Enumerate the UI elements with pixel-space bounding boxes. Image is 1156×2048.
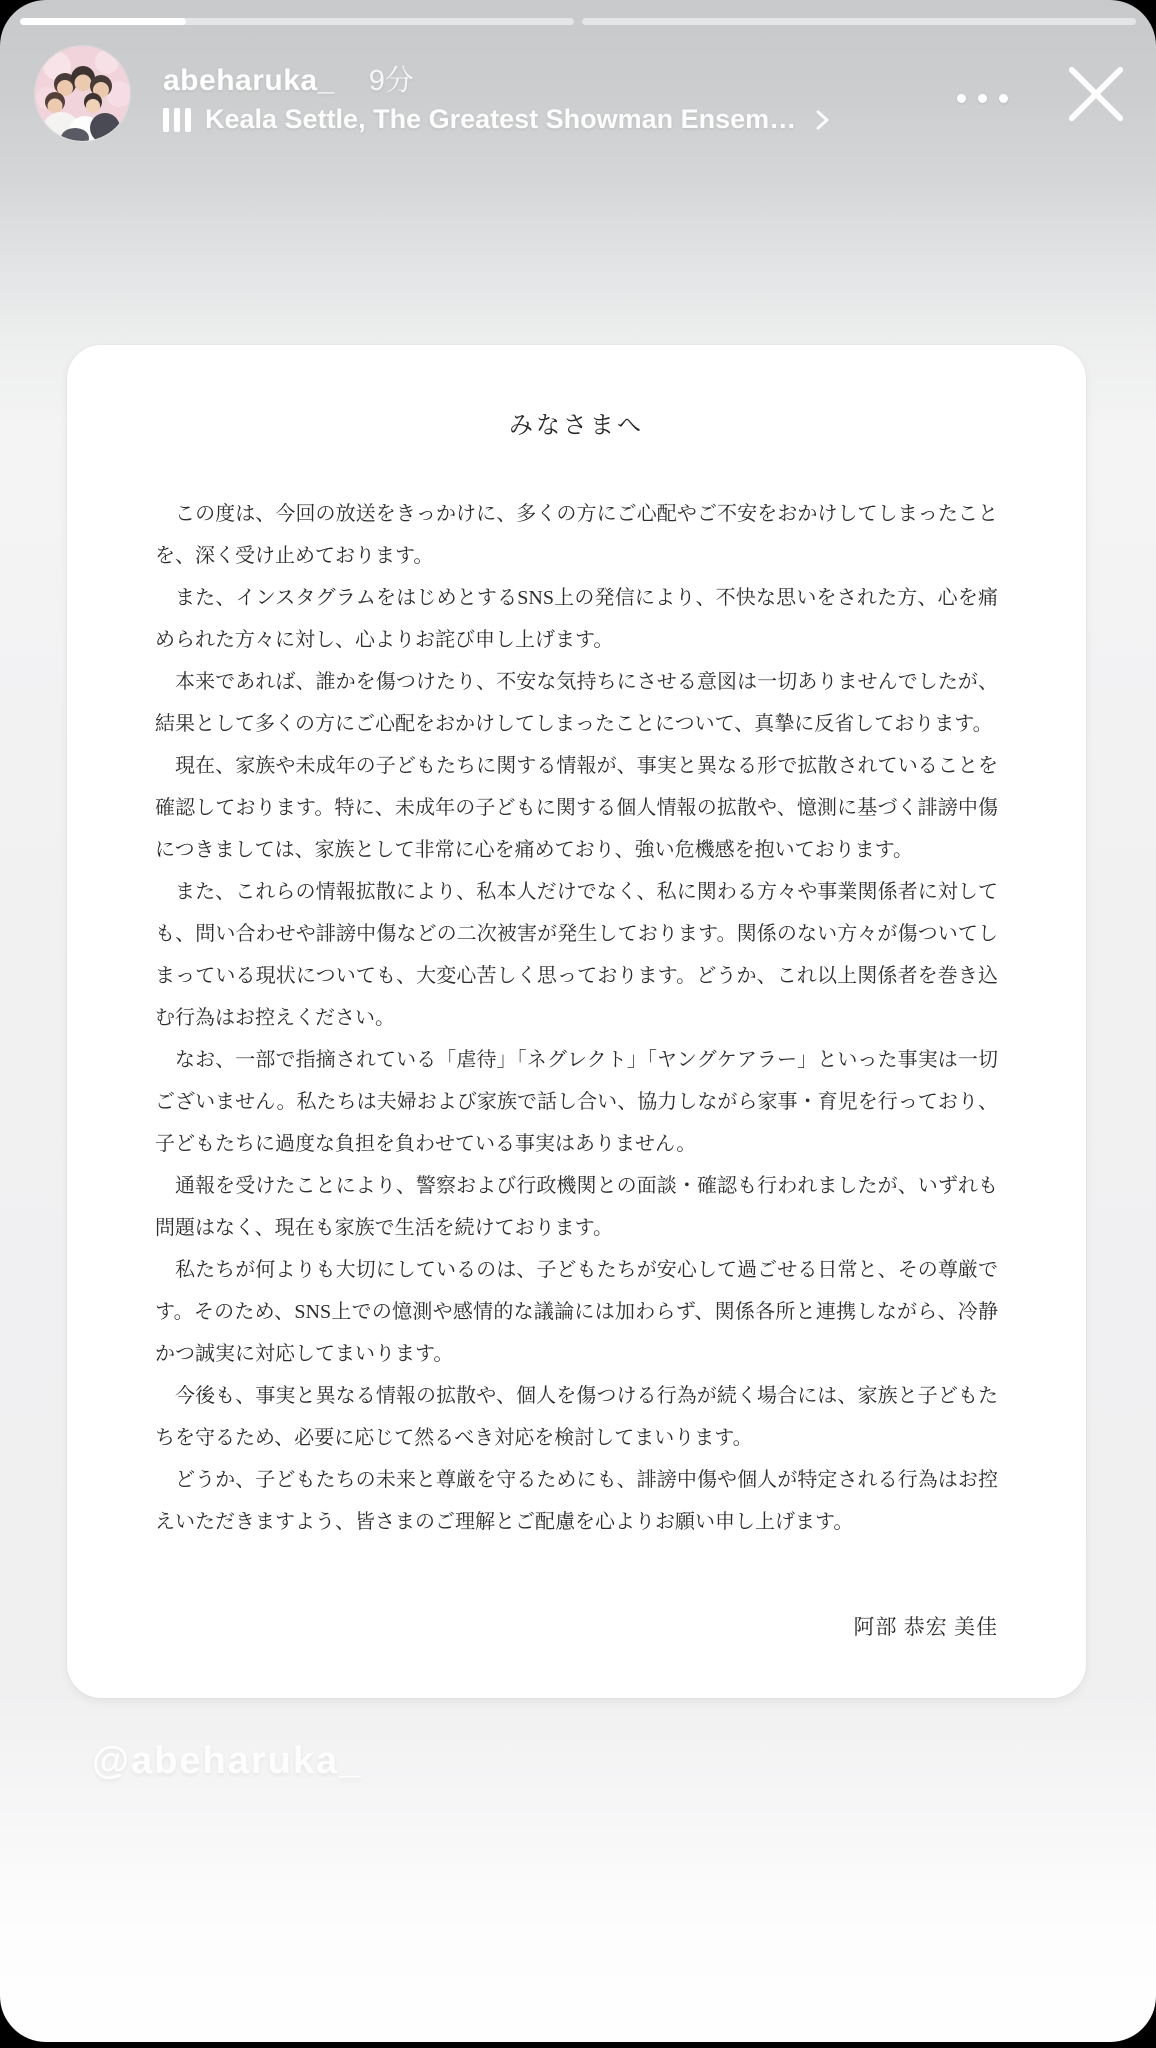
letter-paragraph: また、インスタグラムをはじめとするSNS上の発信により、不快な思いをされた方、心… xyxy=(155,577,998,661)
close-icon xyxy=(1065,63,1127,125)
progress-segment-2 xyxy=(582,18,1136,25)
close-button[interactable] xyxy=(1062,60,1130,128)
letter-card: みなさまへ この度は、今回の放送をきっかけに、多くの方にご心配やご不安をおかけし… xyxy=(67,345,1086,1698)
story-timestamp: 9分 xyxy=(369,58,414,99)
letter-signature: 阿部 恭宏 美佳 xyxy=(155,1611,998,1641)
music-title: Keala Settle, The Greatest Showman Ensem… xyxy=(205,104,796,135)
avatar[interactable] xyxy=(35,46,130,141)
letter-paragraph: どうか、子どもたちの未来と尊厳を守るためにも、誹謗中傷や個人が特定される行為はお… xyxy=(155,1459,998,1543)
story-screen: abeharuka_ 9分 Keala Settle, The Greatest… xyxy=(0,0,1156,2042)
username[interactable]: abeharuka_ xyxy=(163,64,335,98)
mention-sticker[interactable]: @abeharuka_ xyxy=(92,1740,362,1783)
letter-paragraph: 私たちが何よりも大切にしているのは、子どもたちが安心して過ごせる日常と、その尊厳… xyxy=(155,1249,998,1375)
letter-paragraph: なお、一部で指摘されている「虐待」「ネグレクト」「ヤングケアラー」といった事実は… xyxy=(155,1039,998,1165)
chevron-right-icon xyxy=(810,108,834,132)
music-attribution[interactable]: Keala Settle, The Greatest Showman Ensem… xyxy=(163,104,834,135)
more-options-button[interactable] xyxy=(946,78,1018,118)
music-bars-icon xyxy=(163,107,191,133)
letter-paragraph: 通報を受けたことにより、警察および行政機関との面談・確認も行われましたが、いずれ… xyxy=(155,1165,998,1249)
avatar-photo xyxy=(35,46,130,141)
letter-paragraph: 本来であれば、誰かを傷つけたり、不安な気持ちにさせる意図は一切ありませんでしたが… xyxy=(155,661,998,745)
story-progress-bar xyxy=(20,18,1136,25)
letter-title: みなさまへ xyxy=(155,409,998,443)
letter-paragraph: この度は、今回の放送をきっかけに、多くの方にご心配やご不安をおかけしてしまったこ… xyxy=(155,493,998,577)
letter-paragraph: 現在、家族や未成年の子どもたちに関する情報が、事実と異なる形で拡散されていること… xyxy=(155,745,998,871)
letter-body: この度は、今回の放送をきっかけに、多くの方にご心配やご不安をおかけしてしまったこ… xyxy=(155,493,998,1543)
letter-paragraph: また、これらの情報拡散により、私本人だけでなく、私に関わる方々や事業関係者に対し… xyxy=(155,871,998,1039)
letter-paragraph: 今後も、事実と異なる情報の拡散や、個人を傷つける行為が続く場合には、家族と子ども… xyxy=(155,1375,998,1459)
progress-segment-1 xyxy=(20,18,574,25)
progress-fill xyxy=(20,18,186,25)
